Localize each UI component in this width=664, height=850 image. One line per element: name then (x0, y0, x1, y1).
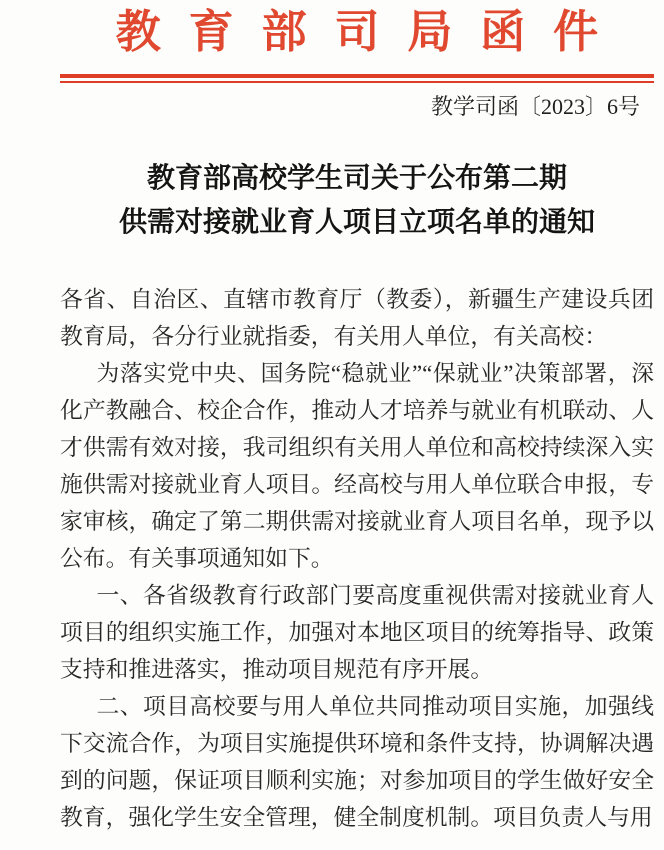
body-paragraph: 二、项目高校要与用人单位共同推动项目实施，加强线下交流合作，为项目实施提供环境和… (60, 688, 654, 836)
document-page: 教育部司局函件 教学司函〔2023〕6号 教育部高校学生司关于公布第二期 供需对… (0, 0, 664, 850)
document-body: 各省、自治区、直辖市教育厅（教委），新疆生产建设兵团教育局，各分行业就指委，有关… (60, 281, 654, 836)
body-paragraph: 一、各省级教育行政部门要高度重视供需对接就业育人项目的组织实施工作，加强对本地区… (60, 577, 654, 688)
divider-thin-rule (60, 81, 654, 83)
notice-title-line-1: 教育部高校学生司关于公布第二期 (147, 163, 567, 194)
divider-thick-rule (60, 74, 654, 78)
body-paragraph: 为落实党中央、国务院“稳就业”“保就业”决策部署，深化产教融合、校企合作，推动人… (60, 355, 654, 577)
notice-title: 教育部高校学生司关于公布第二期 供需对接就业育人项目立项名单的通知 (60, 157, 654, 245)
masthead-title: 教育部司局函件 (60, 0, 654, 55)
body-paragraph: 各省、自治区、直辖市教育厅（教委），新疆生产建设兵团教育局，各分行业就指委，有关… (60, 281, 654, 355)
document-number: 教学司函〔2023〕6号 (60, 94, 654, 120)
red-divider (60, 74, 654, 83)
content-area: 教育部司局函件 教学司函〔2023〕6号 教育部高校学生司关于公布第二期 供需对… (60, 0, 654, 836)
notice-title-line-2: 供需对接就业育人项目立项名单的通知 (119, 207, 595, 238)
